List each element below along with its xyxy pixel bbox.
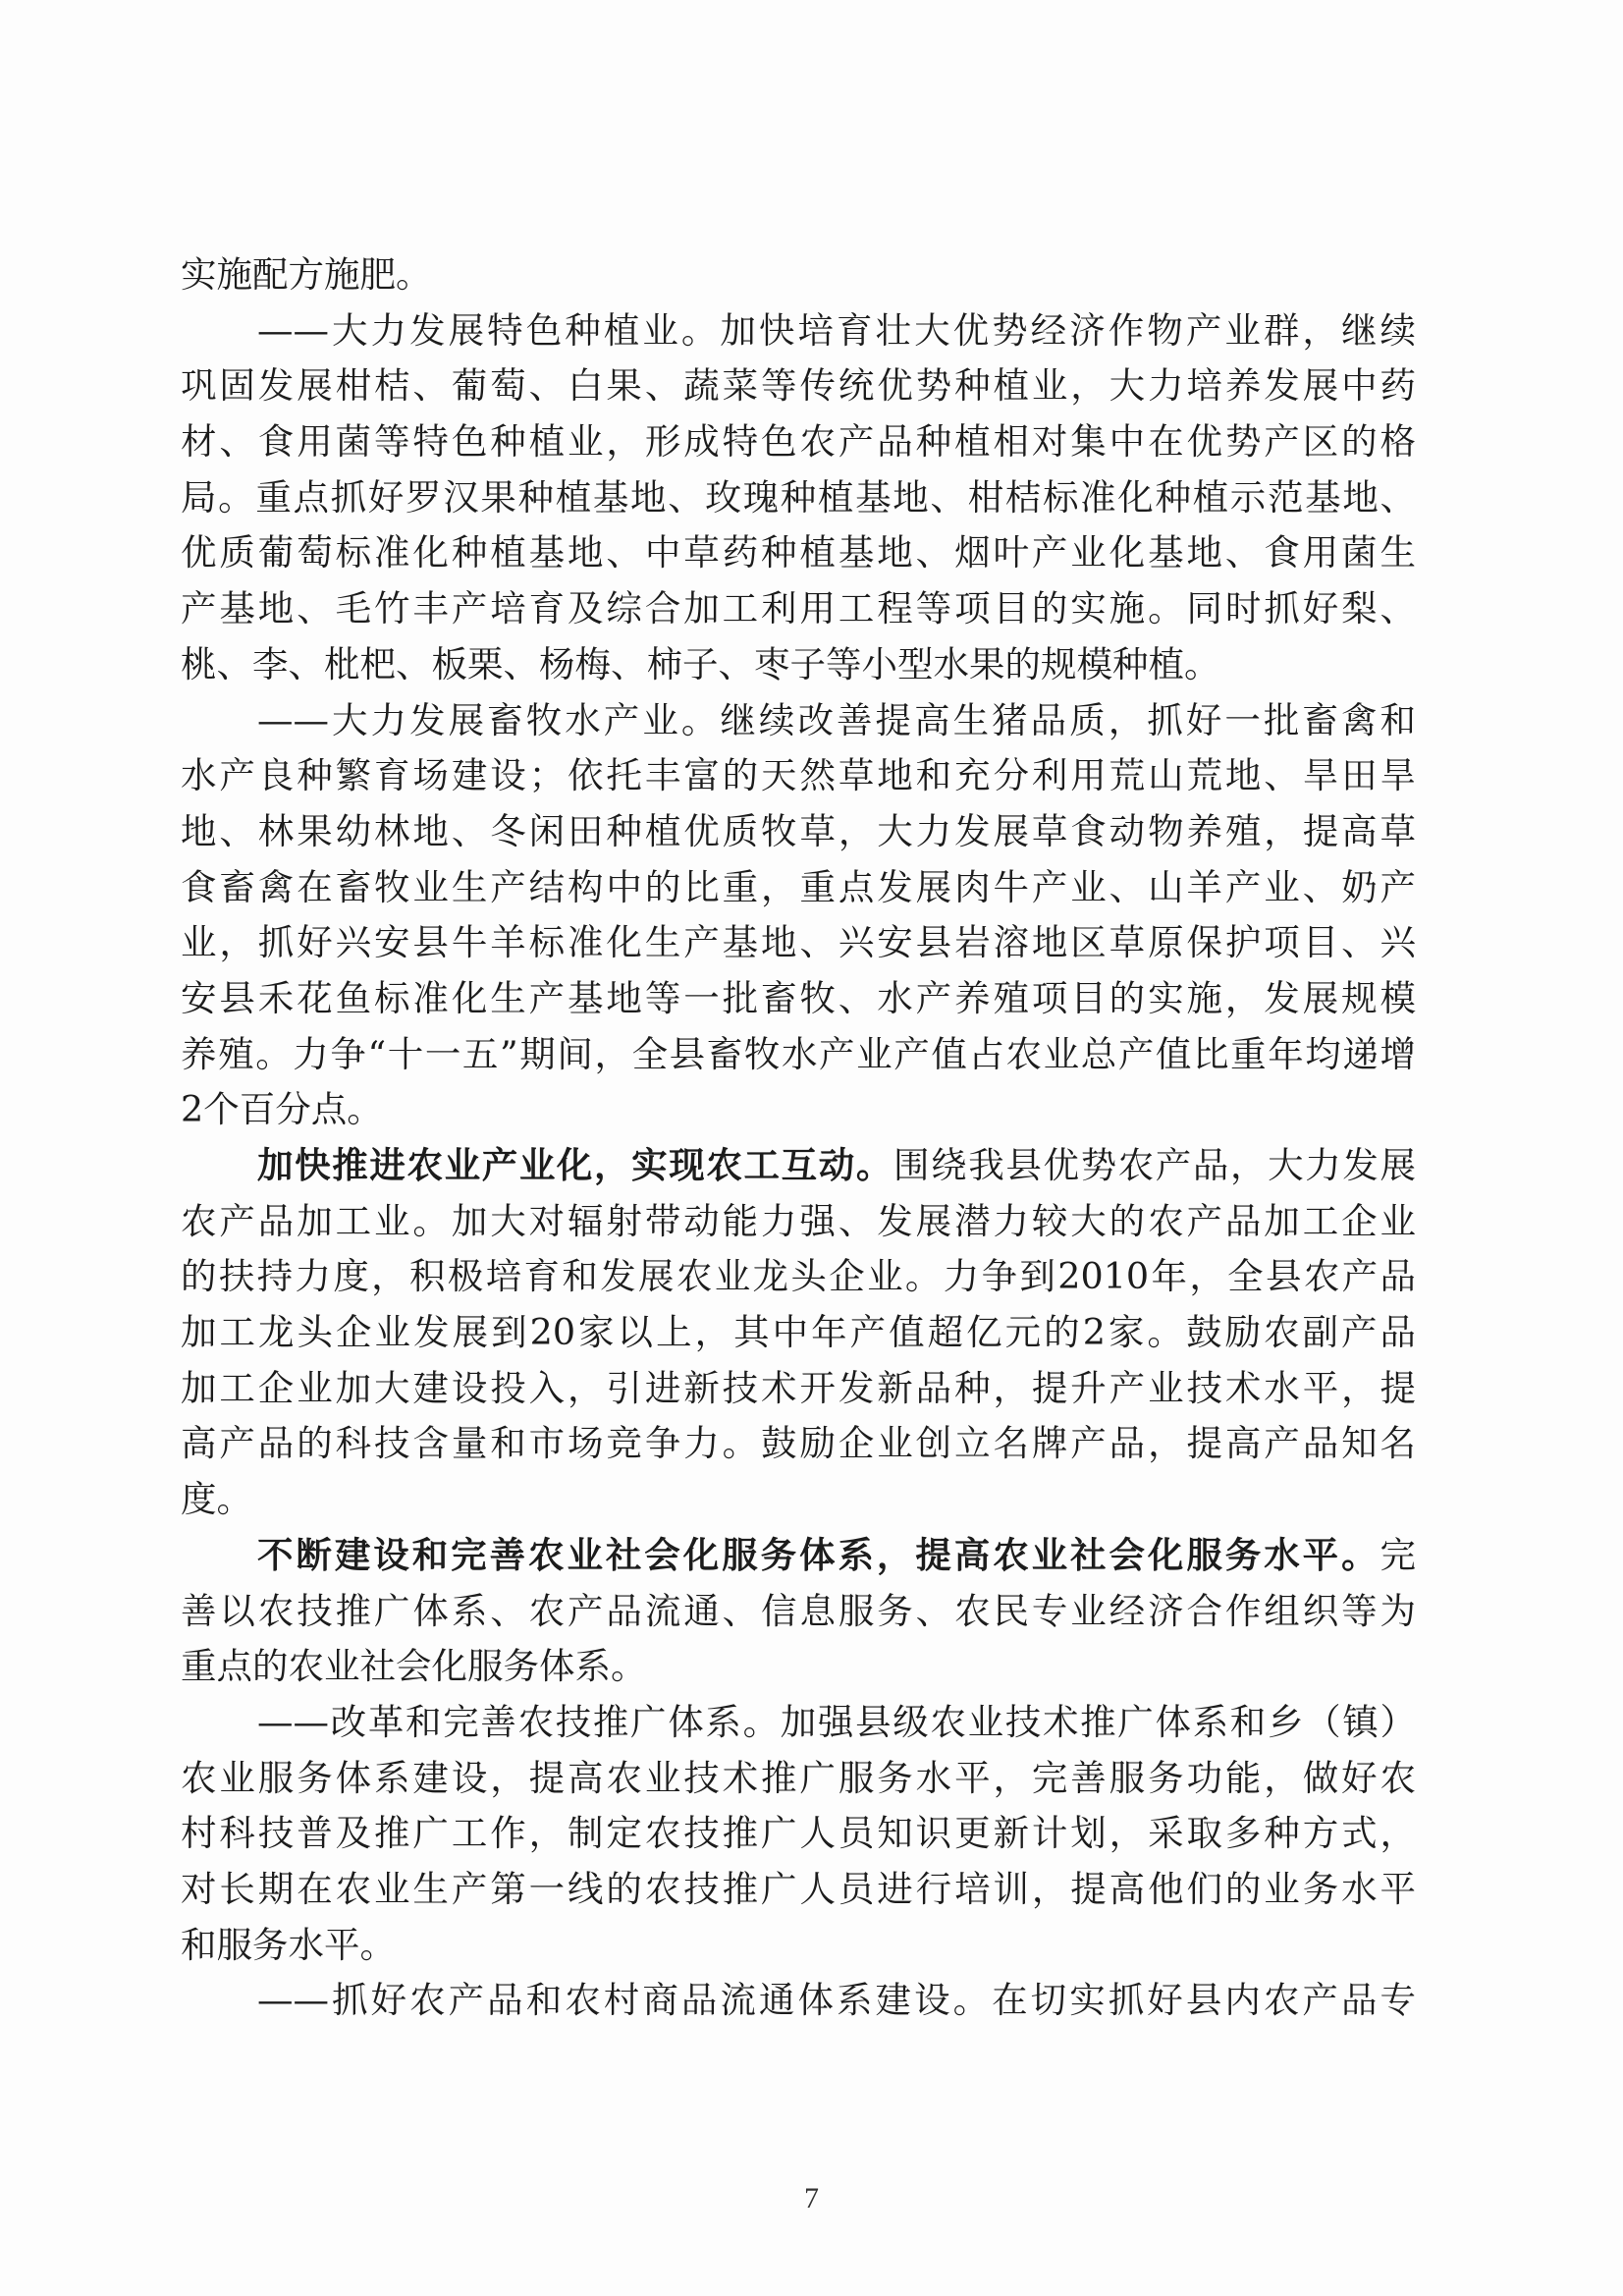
paragraph: 实施配方施肥。 (181, 247, 1416, 303)
text-line: 度。 (181, 1472, 1416, 1528)
text-line: 善以农技推广体系、农产品流通、信息服务、农民专业经济合作组织等为 (181, 1584, 1416, 1640)
text-line: 食畜禽在畜牧业生产结构中的比重，重点发展肉牛产业、山羊产业、奶产 (181, 860, 1416, 916)
text-line: 重点的农业社会化服务体系。 (181, 1639, 1416, 1695)
paragraph: ——抓好农产品和农村商品流通体系建设。在切实抓好县内农产品专 (181, 1973, 1416, 2029)
text-line: 农产品加工业。加大对辐射带动能力强、发展潜力较大的农产品加工企业 (181, 1194, 1416, 1250)
text-line: 加快推进农业产业化，实现农工互动。围绕我县优势农产品，大力发展 (181, 1138, 1416, 1194)
paragraph-heading: 不断建设和完善农业社会化服务体系，提高农业社会化服务水平。 (257, 1534, 1380, 1576)
text-line: 2个百分点。 (181, 1082, 1416, 1138)
text-line: 对长期在农业生产第一线的农技推广人员进行培训，提高他们的业务水平 (181, 1862, 1416, 1918)
paragraph: ——大力发展特色种植业。加快培育壮大优势经济作物产业群，继续 巩固发展柑桔、葡萄… (181, 303, 1416, 693)
paragraph: 加快推进农业产业化，实现农工互动。围绕我县优势农产品，大力发展 农产品加工业。加… (181, 1138, 1416, 1528)
body-text: 实施配方施肥。 ——大力发展特色种植业。加快培育壮大优势经济作物产业群，继续 巩… (181, 247, 1416, 2029)
text-line: 高产品的科技含量和市场竞争力。鼓励企业创立名牌产品，提高产品知名 (181, 1416, 1416, 1472)
text-line: 产基地、毛竹丰产培育及综合加工利用工程等项目的实施。同时抓好梨、 (181, 581, 1416, 637)
paragraph-heading: 加快推进农业产业化，实现农工互动。 (257, 1144, 893, 1186)
text-line: 巩固发展柑桔、葡萄、白果、蔬菜等传统优势种植业，大力培养发展中药 (181, 358, 1416, 414)
text-line: ——改革和完善农技推广体系。加强县级农业技术推广体系和乡（镇） (181, 1695, 1416, 1751)
text-line: 加工企业加大建设投入，引进新技术开发新品种，提升产业技术水平，提 (181, 1361, 1416, 1417)
text-line: 农业服务体系建设，提高农业技术推广服务水平，完善服务功能，做好农 (181, 1751, 1416, 1807)
text-line: 村科技普及推广工作，制定农技推广人员知识更新计划，采取多种方式， (181, 1806, 1416, 1862)
page-number: 7 (0, 2182, 1623, 2215)
paragraph: ——大力发展畜牧水产业。继续改善提高生猪品质，抓好一批畜禽和 水产良种繁育场建设… (181, 693, 1416, 1139)
text-line: 加工龙头企业发展到20家以上，其中年产值超亿元的2家。鼓励农副产品 (181, 1305, 1416, 1361)
text-line: 材、食用菌等特色种植业，形成特色农产品种植相对集中在优势产区的格 (181, 414, 1416, 470)
text-line: 局。重点抓好罗汉果种植基地、玫瑰种植基地、柑桔标准化种植示范基地、 (181, 470, 1416, 526)
text-line: 地、林果幼林地、冬闲田种植优质牧草，大力发展草食动物养殖，提高草 (181, 804, 1416, 860)
text-line: 和服务水平。 (181, 1918, 1416, 1974)
text-line: 业，抓好兴安县牛羊标准化生产基地、兴安县岩溶地区草原保护项目、兴 (181, 915, 1416, 971)
text-line: 安县禾花鱼标准化生产基地等一批畜牧、水产养殖项目的实施，发展规模 (181, 971, 1416, 1027)
text-run: 围绕我县优势农产品，大力发展 (893, 1144, 1416, 1186)
text-line: ——大力发展畜牧水产业。继续改善提高生猪品质，抓好一批畜禽和 (181, 693, 1416, 749)
paragraph: 不断建设和完善农业社会化服务体系，提高农业社会化服务水平。完 善以农技推广体系、… (181, 1528, 1416, 1695)
text-line: ——抓好农产品和农村商品流通体系建设。在切实抓好县内农产品专 (181, 1973, 1416, 2029)
text-line: 不断建设和完善农业社会化服务体系，提高农业社会化服务水平。完 (181, 1528, 1416, 1584)
document-page: 实施配方施肥。 ——大力发展特色种植业。加快培育壮大优势经济作物产业群，继续 巩… (0, 0, 1623, 2296)
text-run: 完 (1380, 1534, 1417, 1576)
text-line: 养殖。力争“十一五”期间，全县畜牧水产业产值占农业总产值比重年均递增 (181, 1027, 1416, 1083)
text-line: 的扶持力度，积极培育和发展农业龙头企业。力争到2010年，全县农产品 (181, 1249, 1416, 1305)
text-line: 水产良种繁育场建设；依托丰富的天然草地和充分利用荒山荒地、旱田旱 (181, 748, 1416, 804)
paragraph: ——改革和完善农技推广体系。加强县级农业技术推广体系和乡（镇） 农业服务体系建设… (181, 1695, 1416, 1973)
text-line: ——大力发展特色种植业。加快培育壮大优势经济作物产业群，继续 (181, 303, 1416, 359)
text-line: 桃、李、枇杷、板栗、杨梅、柿子、枣子等小型水果的规模种植。 (181, 637, 1416, 693)
text-line: 实施配方施肥。 (181, 247, 1416, 303)
text-line: 优质葡萄标准化种植基地、中草药种植基地、烟叶产业化基地、食用菌生 (181, 525, 1416, 581)
